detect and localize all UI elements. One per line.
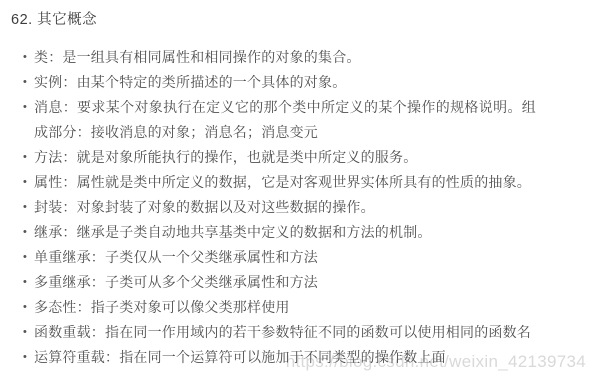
section-heading: 62. 其它概念	[10, 8, 591, 30]
list-item: 属性：属性就是类中所定义的数据，它是对客观世界实体所具有的性质的抽象。	[10, 170, 566, 195]
list-item: 消息：要求某个对象执行在定义它的那个类中所定义的某个操作的规格说明。组成部分：接…	[10, 95, 566, 145]
list-item: 多重继承：子类可从多个父类继承属性和方法	[10, 270, 566, 295]
list-item: 继承：继承是子类自动地共享基类中定义的数据和方法的机制。	[10, 220, 566, 245]
list-item: 类：是一组具有相同属性和相同操作的对象的集合。	[10, 45, 566, 70]
list-item: 实例：由某个特定的类所描述的一个具体的对象。	[10, 70, 566, 95]
article-section: 62. 其它概念 类：是一组具有相同属性和相同操作的对象的集合。 实例：由某个特…	[0, 0, 591, 370]
list-item: 运算符重载：指在同一个运算符可以施加于不同类型的操作数上面	[10, 345, 566, 370]
list-item: 封装：对象封装了对象的数据以及对这些数据的操作。	[10, 195, 566, 220]
list-item: 单重继承：子类仅从一个父类继承属性和方法	[10, 245, 566, 270]
list-item: 方法：就是对象所能执行的操作，也就是类中所定义的服务。	[10, 145, 566, 170]
concept-list: 类：是一组具有相同属性和相同操作的对象的集合。 实例：由某个特定的类所描述的一个…	[10, 45, 566, 370]
list-item: 多态性：指子类对象可以像父类那样使用	[10, 295, 566, 320]
list-item: 函数重载：指在同一作用域内的若干参数特征不同的函数可以使用相同的函数名	[10, 320, 566, 345]
